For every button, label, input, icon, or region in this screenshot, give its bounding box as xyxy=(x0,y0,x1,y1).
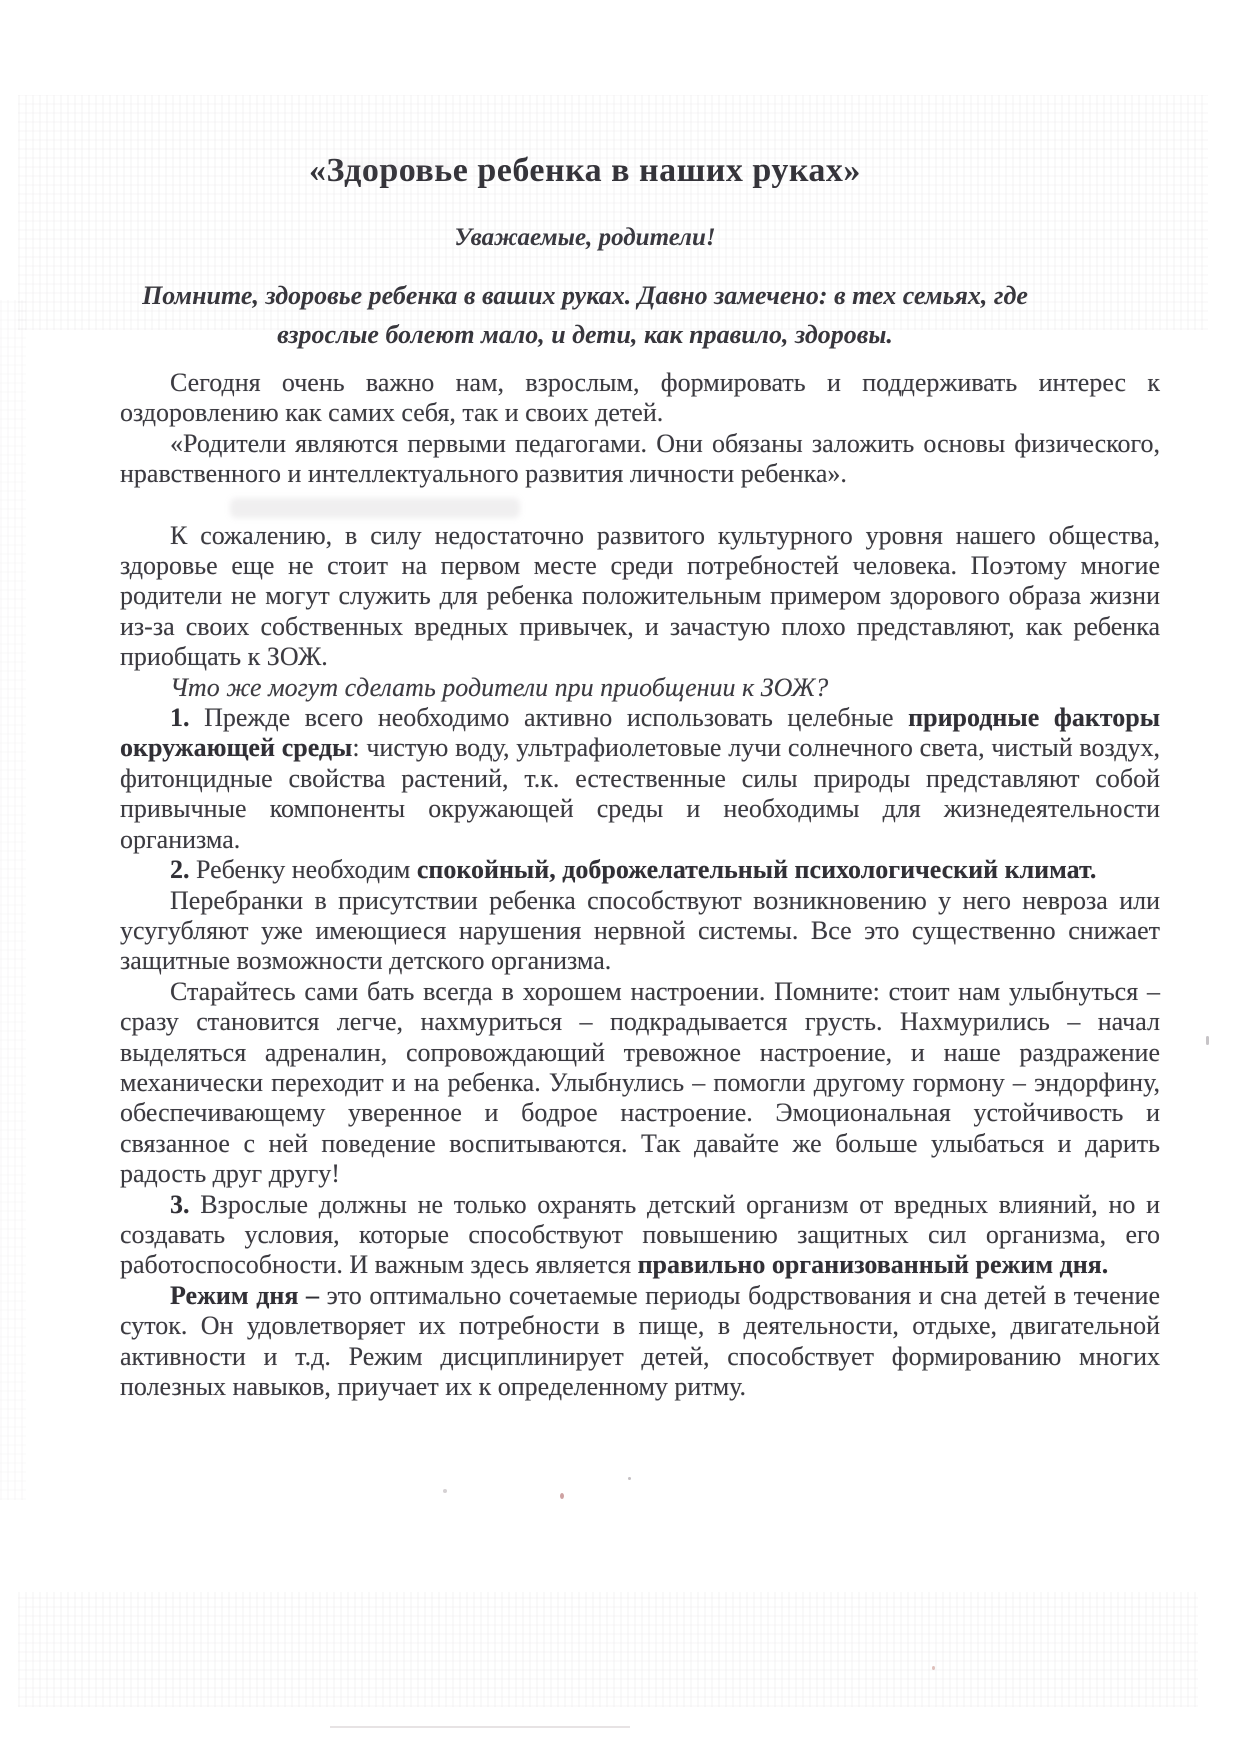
paragraph: К сожалению, в силу недостаточно развито… xyxy=(120,521,1160,673)
paragraph: Перебранки в присутствии ребенка способс… xyxy=(120,886,1160,977)
text-run: правильно организованный режим дня. xyxy=(638,1250,1109,1279)
text-run: Что же могут сделать родители при приобщ… xyxy=(170,673,828,702)
paragraph: Сегодня очень важно нам, взрослым, форми… xyxy=(120,368,1160,429)
document-page: «Здоровье ребенка в наших руках» Уважаем… xyxy=(0,0,1240,1755)
document-content: «Здоровье ребенка в наших руках» Уважаем… xyxy=(120,0,1160,1402)
lead-paragraph: Помните, здоровье ребенка в ваших руках.… xyxy=(120,276,1050,354)
scan-noise-band xyxy=(0,300,26,1500)
text-run: спокойный, доброжелательный психологичес… xyxy=(417,855,1097,884)
text-run: 2. xyxy=(170,855,190,884)
text-run: Старайтесь сами бать всегда в хорошем на… xyxy=(120,977,1160,1188)
paragraph: Что же могут сделать родители при приобщ… xyxy=(120,673,1160,703)
text-run: К сожалению, в силу недостаточно развито… xyxy=(120,521,1160,672)
scan-speck xyxy=(560,1493,564,1499)
text-run: 1. xyxy=(170,703,190,732)
scan-speck xyxy=(628,1477,631,1480)
scan-speck xyxy=(1206,1036,1209,1045)
text-run: Перебранки в присутствии ребенка способс… xyxy=(120,886,1160,976)
text-run: 3. xyxy=(170,1190,190,1219)
document-title: «Здоровье ребенка в наших руках» xyxy=(120,150,1050,192)
paragraph: «Родители являются первыми педагогами. О… xyxy=(120,429,1160,490)
document-subtitle: Уважаемые, родители! xyxy=(120,222,1050,254)
text-run: Ребенку необходим xyxy=(190,855,417,884)
scan-noise-band xyxy=(18,1592,1198,1707)
paragraph: 2. Ребенку необходим спокойный, доброжел… xyxy=(120,855,1160,885)
text-run: Прежде всего необходимо активно использо… xyxy=(190,703,909,732)
scan-speck xyxy=(443,1489,447,1493)
scan-line-artifact xyxy=(330,1726,630,1728)
scan-speck xyxy=(932,1666,935,1670)
text-run: Режим дня – xyxy=(170,1281,327,1310)
document-body: Сегодня очень важно нам, взрослым, форми… xyxy=(120,368,1160,1402)
paragraph: 3. Взрослые должны не только охранять де… xyxy=(120,1190,1160,1281)
paragraph: 1. Прежде всего необходимо активно испол… xyxy=(120,703,1160,855)
paragraph: Режим дня – это оптимально сочетаемые пе… xyxy=(120,1281,1160,1403)
paragraph: Старайтесь сами бать всегда в хорошем на… xyxy=(120,977,1160,1190)
text-run: Сегодня очень важно нам, взрослым, форми… xyxy=(120,368,1160,427)
text-run: «Родители являются первыми педагогами. О… xyxy=(120,429,1160,488)
